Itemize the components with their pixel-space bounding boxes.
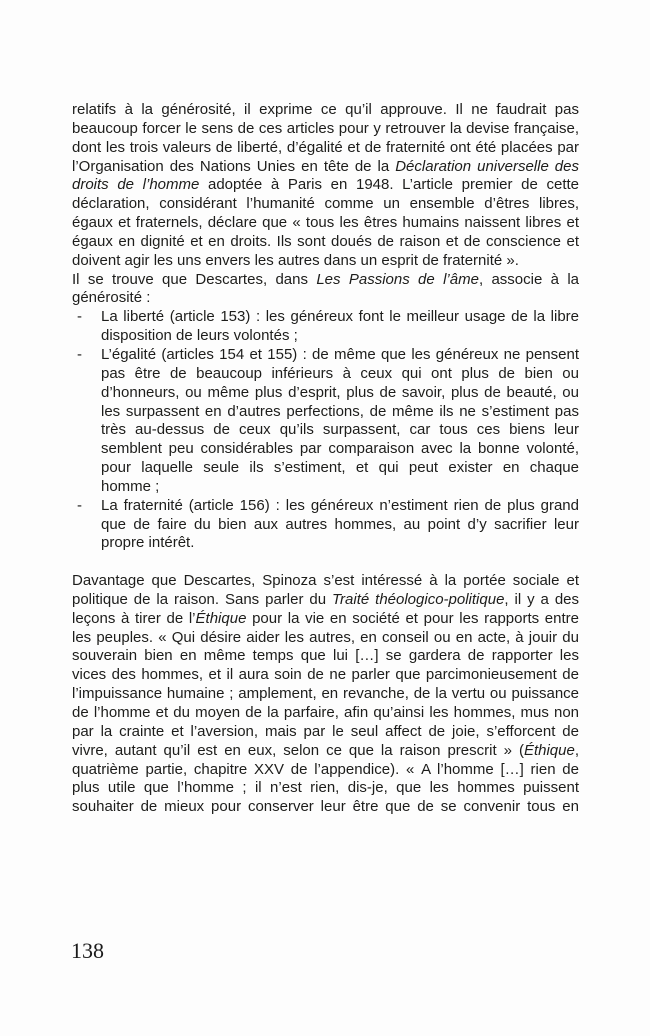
paragraph-descartes-passions: Il se trouve que Descartes, dans Les Pas… <box>72 271 579 309</box>
list-item-egalite: - L’égalité (articles 154 et 155) : de m… <box>72 346 579 497</box>
list-dash-marker: - <box>77 308 82 327</box>
list-item-text: La liberté (article 153) : les généreux … <box>101 308 579 344</box>
text-run: Il se trouve que Descartes, dans <box>72 271 316 288</box>
list-item-fraternite: - La fraternité (article 156) : les géné… <box>72 497 579 554</box>
paragraph-generosity-declaration: relatifs à la générosité, il exprime ce … <box>72 101 579 271</box>
paragraph-spinoza-ethique: Davantage que Descartes, Spinoza s’est i… <box>72 572 579 817</box>
list-item-text: La fraternité (article 156) : les génére… <box>101 497 579 552</box>
list-dash-marker: - <box>77 346 82 365</box>
page-number: 138 <box>71 938 104 964</box>
text-run: pour la vie en société et pour les rappo… <box>72 610 579 759</box>
list-item-text: L’égalité (articles 154 et 155) : de mêm… <box>101 346 579 495</box>
page-text: relatifs à la générosité, il exprime ce … <box>72 101 579 817</box>
book-page: relatifs à la générosité, il exprime ce … <box>0 0 650 1036</box>
italic-title-traite: Traité théologico-politique <box>332 591 504 608</box>
list-item-liberte: - La liberté (article 153) : les généreu… <box>72 308 579 346</box>
list-dash-marker: - <box>77 497 82 516</box>
italic-title-ethique: Éthique <box>196 610 247 627</box>
italic-title-ethique: Éthique <box>524 742 575 759</box>
italic-title-passions: Les Passions de l’âme <box>316 271 479 288</box>
generosity-list: - La liberté (article 153) : les généreu… <box>72 308 579 553</box>
